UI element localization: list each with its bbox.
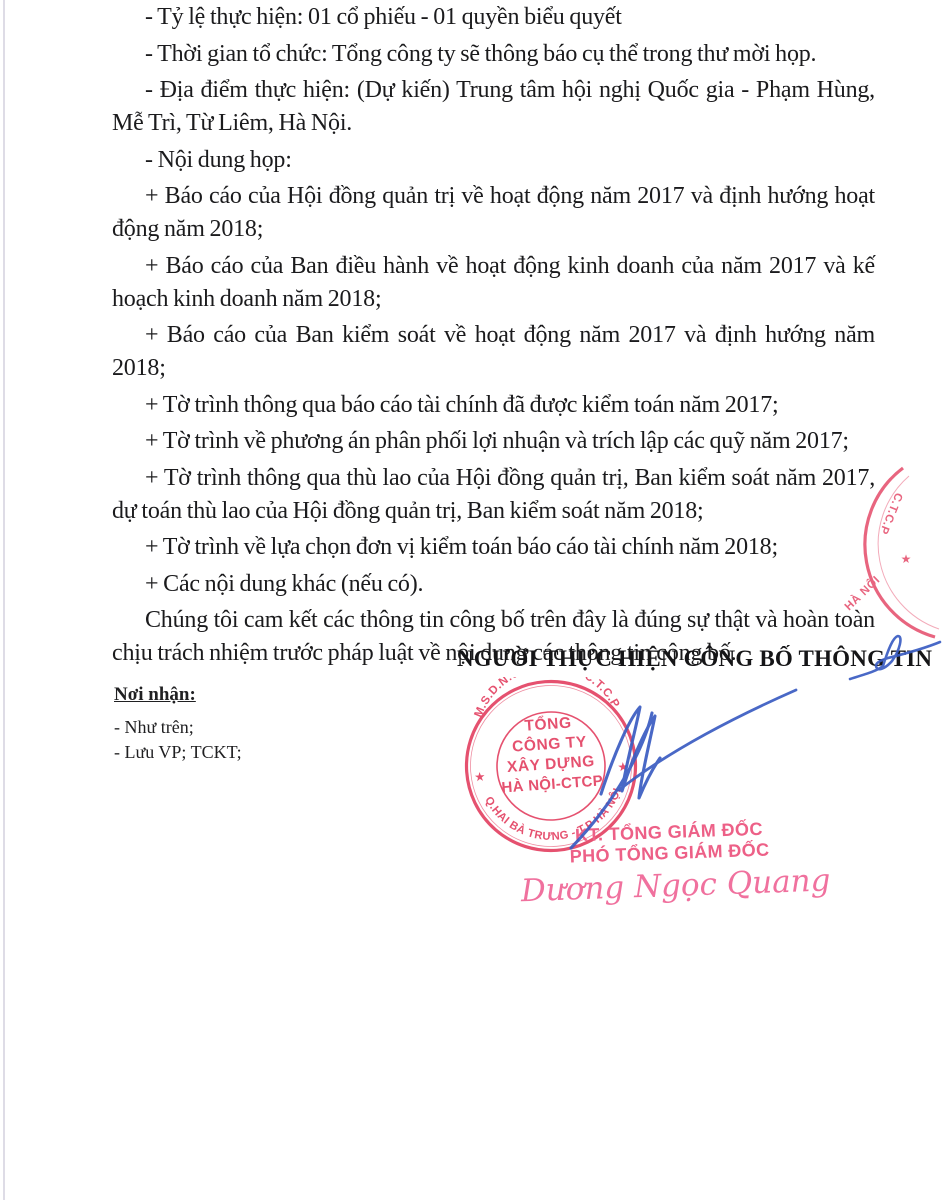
scan-edge-artifact bbox=[3, 0, 5, 1200]
paragraph: - Thời gian tổ chức: Tổng công ty sẽ thô… bbox=[112, 38, 875, 71]
paragraph: + Báo cáo của Ban kiểm soát về hoạt động… bbox=[112, 319, 875, 385]
paragraph: + Tờ trình về lựa chọn đơn vị kiểm toán … bbox=[112, 531, 875, 564]
paragraph: + Tờ trình thông qua thù lao của Hội đồn… bbox=[112, 462, 875, 528]
recipient-item: - Như trên; bbox=[114, 715, 242, 740]
stamp-star-left-icon: ★ bbox=[474, 770, 486, 785]
recipients-block: Nơi nhận: - Như trên; - Lưu VP; TCKT; bbox=[114, 682, 242, 765]
edge-stamp-fragment-top: C.T.C.P bbox=[877, 491, 905, 536]
paragraph: + Các nội dung khác (nếu có). bbox=[112, 568, 875, 601]
document-scan-page: - Tỷ lệ thực hiện: 01 cổ phiếu - 01 quyề… bbox=[0, 0, 942, 1200]
discloser-heading: NGƯỜI THỰC HIỆN CÔNG BỐ THÔNG TIN bbox=[457, 646, 932, 672]
stamp-center-line: XÂY DỰNG bbox=[506, 752, 595, 776]
stamp-star-right-icon: ★ bbox=[617, 760, 629, 775]
signature-sweep-stroke bbox=[619, 690, 796, 790]
document-body: - Tỷ lệ thực hiện: 01 cổ phiếu - 01 quyề… bbox=[112, 1, 875, 674]
stamp-center-line: CÔNG TY bbox=[512, 732, 588, 755]
paragraph: - Tỷ lệ thực hiện: 01 cổ phiếu - 01 quyề… bbox=[112, 1, 875, 34]
edge-stamp-arc bbox=[865, 468, 935, 637]
recipients-heading: Nơi nhận: bbox=[114, 682, 242, 707]
recipient-item: - Lưu VP; TCKT; bbox=[114, 740, 242, 765]
paragraph: + Báo cáo của Ban điều hành về hoạt động… bbox=[112, 250, 875, 316]
paragraph: + Tờ trình thông qua báo cáo tài chính đ… bbox=[112, 389, 875, 422]
edge-stamp-inner-arc bbox=[878, 476, 939, 629]
paragraph: + Báo cáo của Hội đồng quản trị về hoạt … bbox=[112, 180, 875, 246]
stamp-center-line: TỔNG bbox=[524, 713, 572, 734]
paragraph: - Nội dung họp: bbox=[112, 144, 875, 177]
signer-name: Dương Ngọc Quang bbox=[520, 863, 821, 909]
edge-stamp-star-icon: ★ bbox=[901, 552, 912, 566]
paragraph: - Địa điểm thực hiện: (Dự kiến) Trung tâ… bbox=[112, 74, 875, 140]
signature-block: KT. TỔNG GIÁM ĐỐC PHÓ TỔNG GIÁM ĐỐC Dươn… bbox=[519, 817, 822, 909]
paragraph: + Tờ trình về phương án phân phối lợi nh… bbox=[112, 425, 875, 458]
